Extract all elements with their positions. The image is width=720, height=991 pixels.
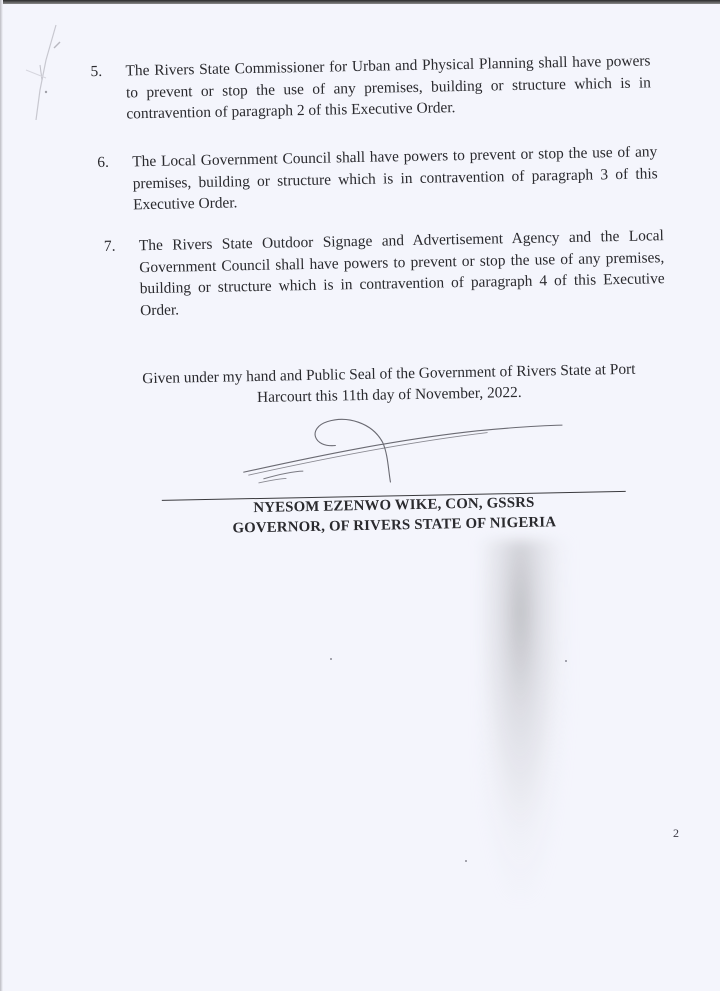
- clause-number: 6.: [97, 152, 121, 174]
- clause-7: 7. The Rivers State Outdoor Signage and …: [104, 225, 666, 322]
- document-page: 5. The Rivers State Commissioner for Urb…: [0, 0, 720, 991]
- clause-text: The Rivers State Outdoor Signage and Adv…: [139, 225, 666, 321]
- signatory-block: NYESOM EZENWO WIKE, CON, GSSRS GOVERNOR,…: [194, 492, 595, 540]
- clause-5: 5. The Rivers State Commissioner for Urb…: [90, 50, 651, 125]
- given-under-hand-statement: Given under my hand and Public Seal of t…: [116, 358, 662, 410]
- clause-text: The Local Government Council shall have …: [132, 141, 658, 216]
- clause-6: 6. The Local Government Council shall ha…: [97, 141, 658, 216]
- clause-number: 5.: [90, 61, 114, 83]
- signature-icon: [237, 411, 568, 492]
- clause-text: The Rivers State Commissioner for Urban …: [125, 50, 651, 125]
- clause-number: 7.: [104, 235, 128, 257]
- page-number: 2: [673, 826, 679, 841]
